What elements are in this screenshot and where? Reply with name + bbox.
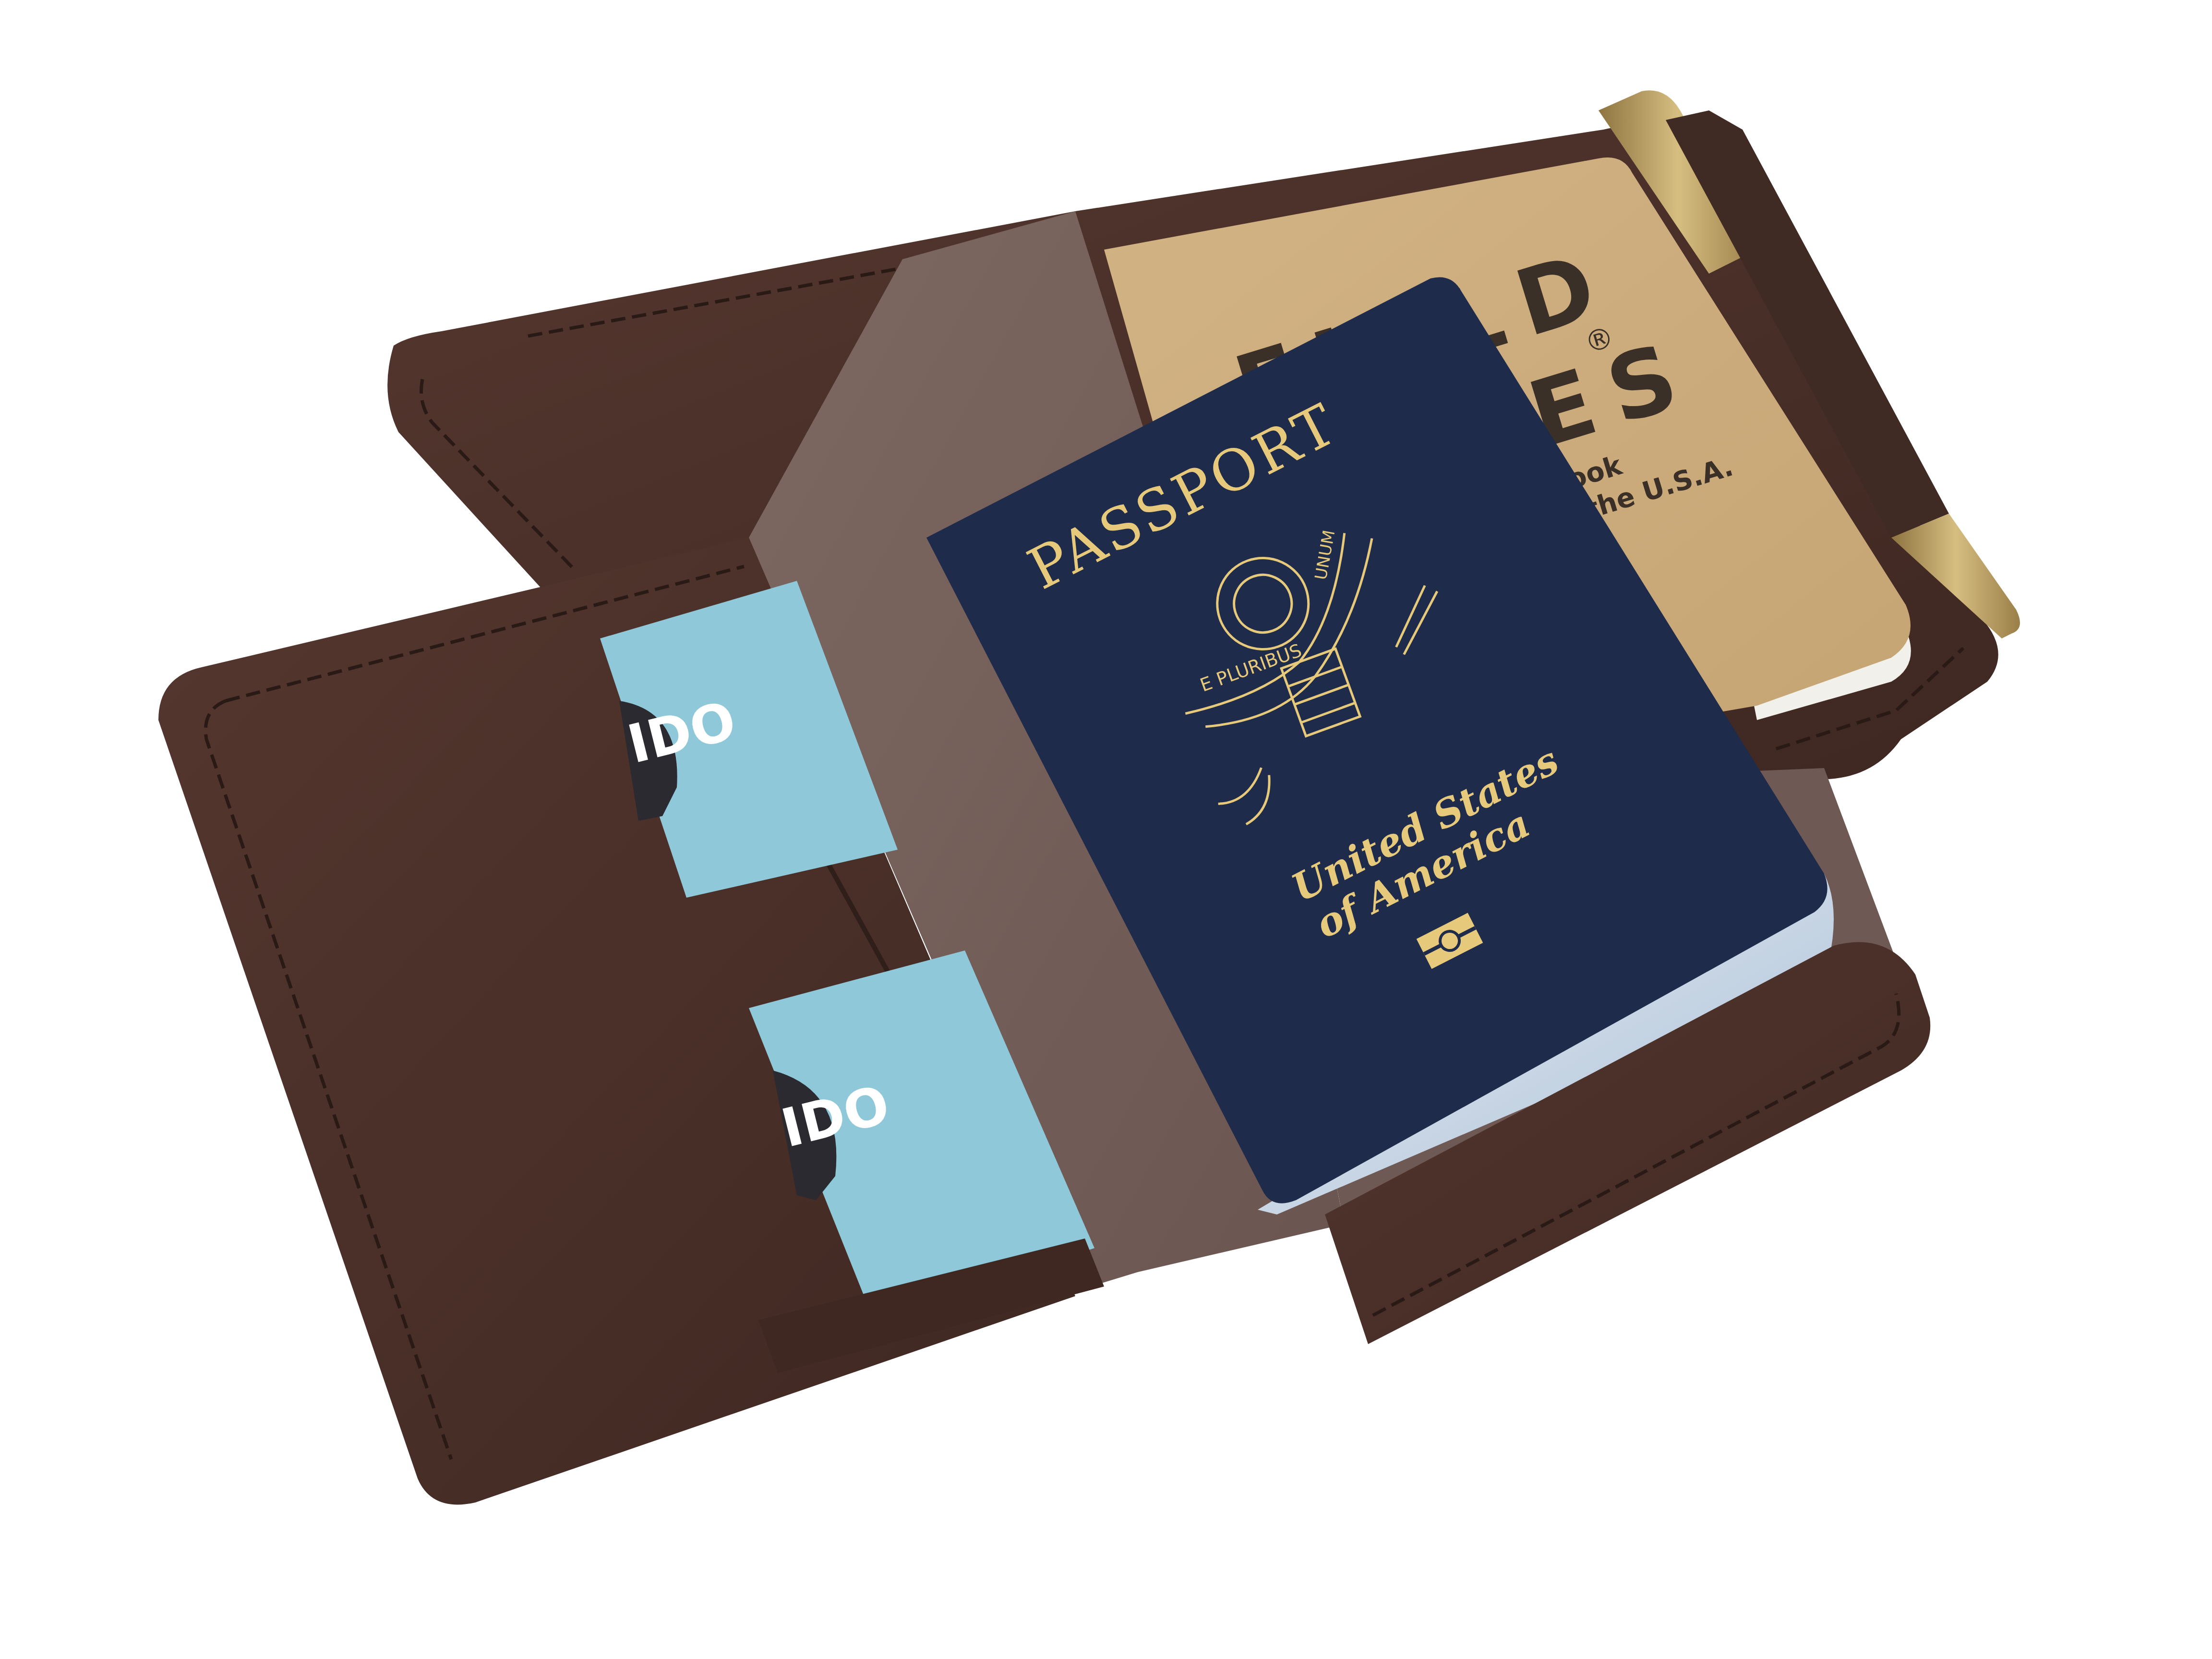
product-photo-scene: FIELD NOTES ® Memo Book Made in the U.S.…: [0, 0, 2212, 1659]
